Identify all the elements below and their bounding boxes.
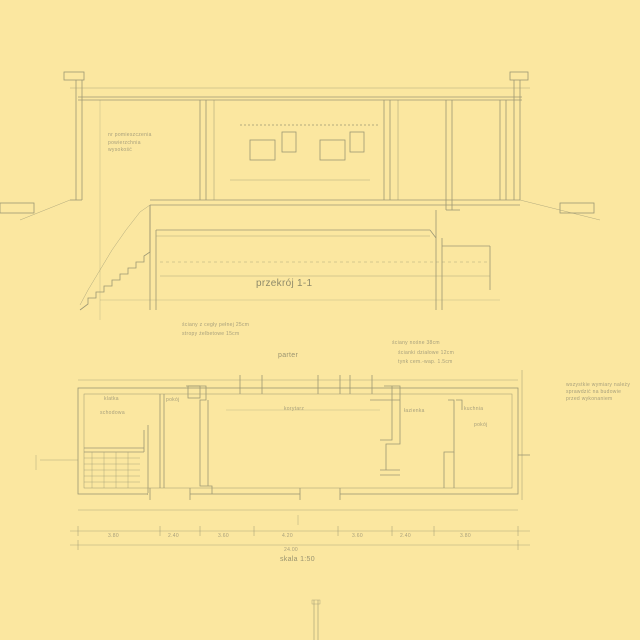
blueprint-drawing xyxy=(0,0,640,640)
blueprint-sheet: przekrój 1-1 parter nr pomieszczenia pow… xyxy=(0,0,640,640)
note-right-plan-1: ściany nośne 38cm xyxy=(392,340,440,346)
dimension-7: 3.80 xyxy=(460,533,471,539)
room-label-5: łazienka xyxy=(404,408,425,414)
note-middle-2: stropy żelbetowe 15cm xyxy=(182,331,239,337)
dimension-3: 3.60 xyxy=(218,533,229,539)
note-upper-left-1: nr pomieszczenia xyxy=(108,132,152,138)
room-label-6: kuchnia xyxy=(464,406,483,412)
note-far-right-3: przed wykonaniem xyxy=(566,396,613,402)
note-right-plan-3: tynk cem.-wap. 1.5cm xyxy=(398,359,453,365)
scale-label: skala 1:50 xyxy=(280,556,315,563)
section-title: przekrój 1-1 xyxy=(256,278,312,289)
room-label-3: pokój xyxy=(166,397,179,403)
plan-title: parter xyxy=(278,352,298,359)
dimension-5: 3.60 xyxy=(352,533,363,539)
room-label-1: klatka xyxy=(104,396,119,402)
note-far-right-2: sprawdzić na budowie xyxy=(566,389,621,395)
dimension-1: 3.80 xyxy=(108,533,119,539)
room-label-2: schodowa xyxy=(100,410,125,416)
room-label-4: korytarz xyxy=(284,406,304,412)
note-far-right-1: wszystkie wymiary należy xyxy=(566,382,630,388)
note-upper-left-3: wysokość xyxy=(108,147,132,153)
note-middle-1: ściany z cegły pełnej 25cm xyxy=(182,322,249,328)
total-dimension: 24.00 xyxy=(284,547,298,553)
room-label-7: pokój xyxy=(474,422,487,428)
note-right-plan-2: ścianki działowe 12cm xyxy=(398,350,454,356)
dimension-6: 2.40 xyxy=(400,533,411,539)
note-upper-left-2: powierzchnia xyxy=(108,140,141,146)
dimension-2: 2.40 xyxy=(168,533,179,539)
dimension-4: 4.20 xyxy=(282,533,293,539)
